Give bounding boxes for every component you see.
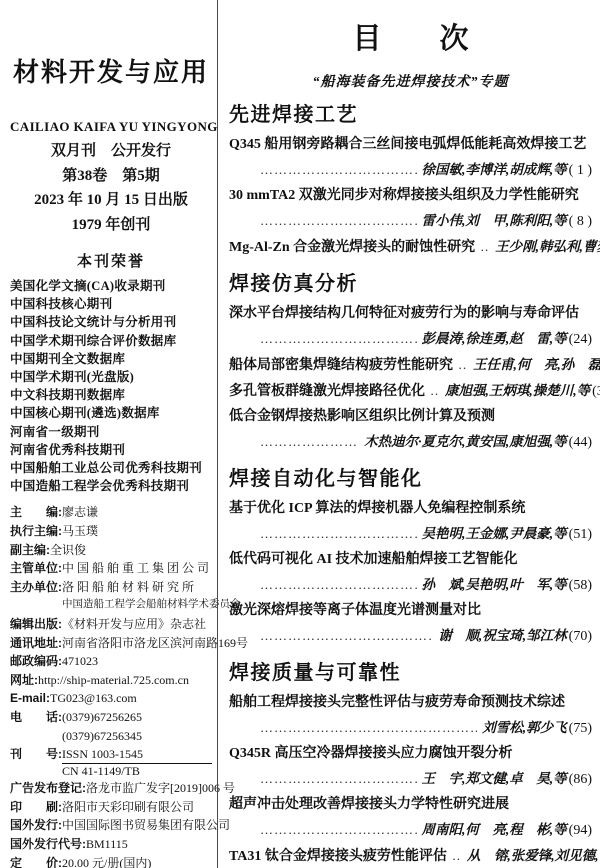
masthead-label: 电 话: (10, 708, 62, 727)
article-authors: 徐国敏,李博洋,胡成辉,等 (422, 157, 567, 182)
article-authors-line: 刘雪松,郭少飞(75) (229, 715, 592, 741)
article-authors-line: 孙 斌,吴艳明,叶 军,等(58) (229, 572, 592, 598)
masthead-row: E-mail:TG023@163.com (10, 689, 212, 708)
article-authors-line: 徐国敏,李博洋,胡成辉,等( 1 ) (229, 157, 592, 183)
article-title: Mg-Al-Zn 合金激光焊接头的耐蚀性研究 (229, 235, 475, 260)
toc-column: 目 次 “船海装备先进焊接技术”专题 先进焊接工艺Q345 船用钢旁路耦合三丝间… (218, 0, 600, 868)
toc-article: 低代码可视化 AI 技术加速船舶焊接工艺智能化孙 斌,吴艳明,叶 军,等(58) (229, 547, 592, 598)
article-authors: 吴艳明,王金娜,尹晨豪,等 (422, 521, 567, 546)
honor-item: 中国期刊全文数据库 (10, 350, 212, 368)
article-title: 基于优化 ICP 算法的焊接机器人免编程控制系统 (229, 496, 592, 521)
masthead-value: http://ship-material.725.com.cn (38, 671, 212, 690)
masthead-value: 马玉璞 (62, 522, 212, 541)
article-authors: 孙 斌,吴艳明,叶 军,等 (422, 572, 567, 597)
honor-item: 河南省一级期刊 (10, 423, 212, 441)
toc-article: Q345 船用钢旁路耦合三丝间接电弧焊低能耗高效焊接工艺徐国敏,李博洋,胡成辉,… (229, 132, 592, 183)
toc-article: 多孔管板群缝激光焊接路径优化康旭强,王炳琪,操楚川,等(37) (229, 378, 592, 404)
article-authors-line: 周南阳,何 亮,程 彬,等(94) (229, 817, 592, 843)
article-title: Q345 船用钢旁路耦合三丝间接电弧焊低能耗高效焊接工艺 (229, 132, 592, 157)
masthead-label: 主管单位: (10, 559, 62, 578)
honor-item: 中国科技核心期刊 (10, 295, 212, 313)
masthead-label: 执行主编: (10, 522, 62, 541)
article-title: 30 mmTA2 双激光同步对称焊接接头组织及力学性能研究 (229, 183, 592, 208)
masthead-value: 洛阳船舶材料研究所 (62, 578, 212, 597)
masthead-values: http://ship-material.725.com.cn (38, 671, 212, 690)
article-authors: 康旭强,王炳琪,操楚川,等 (445, 378, 590, 403)
masthead-row: 定 价:20.00 元/册(国内) (10, 854, 212, 868)
article-page-number: (86) (569, 767, 592, 792)
article-authors-line: 王 宇,郑文健,卓 昊,等(86) (229, 766, 592, 792)
masthead-value: (0379)67256265 (62, 708, 212, 727)
masthead-values: BM1115 (86, 835, 212, 854)
dot-leader (452, 843, 462, 868)
masthead-values: 洛阳市天彩印刷有限公司 (62, 798, 212, 817)
masthead-values: 洛龙市监广发字[2019]006 号 (86, 779, 212, 798)
masthead-value: 河南省洛阳市洛龙区滨河南路169号 (62, 634, 212, 653)
masthead-values: 中国国际图书贸易集团有限公司 (62, 816, 212, 835)
masthead-value: 中国造船工程学会船舶材料学术委员会 (62, 596, 212, 615)
masthead-value: 洛阳市天彩印刷有限公司 (62, 798, 212, 817)
masthead-value: CN 41-1149/TB (62, 764, 212, 780)
masthead-values: (0379)67256265(0379)67256345 (62, 708, 212, 745)
masthead-value: 《材料开发与应用》杂志社 (62, 615, 212, 634)
masthead-value: ISSN 1003-1545 (62, 747, 212, 764)
article-line: TA31 钛合金焊接接头疲劳性能评估从 镕,张爱锋,刘见德,等(99) (229, 843, 592, 868)
honor-item: 中国科技论文统计与分析用刊 (10, 313, 212, 331)
toc-subtitle: “船海装备先进焊接技术”专题 (229, 71, 592, 91)
masthead-label: E-mail: (10, 689, 50, 708)
honors-title: 本刊荣誉 (10, 250, 212, 271)
toc-article: 激光深熔焊接等离子体温度光谱测量对比谢 顺,祝宝琦,邹江林(70) (229, 598, 592, 649)
masthead-label: 国外发行: (10, 816, 62, 835)
masthead-row: 印 刷:洛阳市天彩印刷有限公司 (10, 798, 212, 817)
masthead-row: 执行主编:马玉璞 (10, 522, 212, 541)
honor-item: 中国学术期刊综合评价数据库 (10, 332, 212, 350)
article-authors: 从 镕,张爱锋,刘见德,等 (467, 843, 600, 868)
toc-article: Q345R 高压空冷器焊接接头应力腐蚀开裂分析王 宇,郑文健,卓 昊,等(86) (229, 741, 592, 792)
masthead-values: 20.00 元/册(国内) (62, 854, 212, 868)
article-page-number: (44) (569, 430, 592, 455)
article-authors: 刘雪松,郭少飞 (482, 715, 566, 740)
article-page-number: (94) (569, 818, 592, 843)
article-authors-line: 木热迪尔·夏克尔,黄安国,康旭强,等(44) (229, 429, 592, 455)
toc-article: 船舶工程焊接接头完整性评估与疲劳寿命预测技术综述刘雪松,郭少飞(75) (229, 690, 592, 741)
toc-section-heading: 焊接质量与可靠性 (229, 656, 592, 685)
journal-info-column: 材料开发与应用 CAILIAO KAIFA YU YINGYONG 双月刊 公开… (0, 0, 217, 868)
honor-item: 河南省优秀科技期刊 (10, 441, 212, 459)
toc-article: 基于优化 ICP 算法的焊接机器人免编程控制系统吴艳明,王金娜,尹晨豪,等(51… (229, 496, 592, 547)
toc-article: TA31 钛合金焊接接头疲劳性能评估从 镕,张爱锋,刘见德,等(99) (229, 843, 592, 868)
journal-cover-page: 材料开发与应用 CAILIAO KAIFA YU YINGYONG 双月刊 公开… (0, 0, 600, 868)
publication-line: 2023 年 10 月 15 日出版 (10, 188, 212, 213)
masthead-label: 刊 号: (10, 745, 62, 764)
article-page-number: (75) (569, 716, 592, 741)
article-title: 船体局部密集焊缝结构疲劳性能研究 (229, 353, 453, 378)
article-authors: 王任甫,何 亮,孙 磊 (473, 352, 600, 377)
article-page-number: (51) (569, 522, 592, 547)
article-title: 多孔管板群缝激光焊接路径优化 (229, 379, 425, 404)
toc-article: Mg-Al-Zn 合金激光焊接头的耐蚀性研究王少刚,韩弘利,曹梦艺(15) (229, 234, 592, 260)
masthead-value: 全识俊 (50, 541, 212, 560)
honor-item: 中文科技期刊数据库 (10, 386, 212, 404)
toc-section: 焊接自动化与智能化基于优化 ICP 算法的焊接机器人免编程控制系统吴艳明,王金娜… (229, 462, 592, 649)
masthead-row: 电 话:(0379)67256265(0379)67256345 (10, 708, 212, 745)
masthead-values: ISSN 1003-1545CN 41-1149/TB (62, 745, 212, 779)
masthead-row: 编辑出版:《材料开发与应用》杂志社 (10, 615, 212, 634)
masthead-info: 主 编:廖志谦执行主编:马玉璞副主编:全识俊主管单位:中国船舶重工集团公司主办单… (10, 503, 212, 868)
toc-article: 超声冲击处理改善焊接接头力学特性研究进展周南阳,何 亮,程 彬,等(94) (229, 792, 592, 843)
article-title: 深水平台焊接结构几何特征对疲劳行为的影响与寿命评估 (229, 301, 592, 326)
masthead-values: 马玉璞 (62, 522, 212, 541)
dot-leader (458, 352, 468, 377)
toc-section: 焊接仿真分析深水平台焊接结构几何特征对疲劳行为的影响与寿命评估彭晨涛,徐连勇,赵… (229, 267, 592, 455)
masthead-value: (0379)67256345 (62, 727, 212, 746)
honor-item: 中国核心期刊(遴选)数据库 (10, 404, 212, 422)
masthead-label: 主 编: (10, 503, 62, 522)
dot-leader (260, 208, 417, 233)
dot-leader (260, 326, 417, 351)
article-authors-line: 彭晨涛,徐连勇,赵 雷,等(24) (229, 326, 592, 352)
masthead-label: 国外发行代号: (10, 835, 86, 854)
dot-leader (260, 766, 417, 791)
masthead-label: 邮政编码: (10, 652, 62, 671)
publication-lines: 双月刊 公开发行第38卷 第5期2023 年 10 月 15 日出版1979 年… (10, 139, 212, 237)
honor-item: 中国学术期刊(光盘版) (10, 368, 212, 386)
masthead-value: 中国国际图书贸易集团有限公司 (62, 816, 212, 835)
article-page-number: (37) (592, 379, 600, 404)
toc-article: 深水平台焊接结构几何特征对疲劳行为的影响与寿命评估彭晨涛,徐连勇,赵 雷,等(2… (229, 301, 592, 352)
publication-line: 双月刊 公开发行 (10, 139, 212, 164)
toc-section-heading: 焊接自动化与智能化 (229, 462, 592, 491)
dot-leader (260, 157, 417, 182)
toc-section: 先进焊接工艺Q345 船用钢旁路耦合三丝间接电弧焊低能耗高效焊接工艺徐国敏,李博… (229, 98, 592, 260)
dot-leader (260, 572, 417, 597)
masthead-row: 主 编:廖志谦 (10, 503, 212, 522)
dot-leader (260, 623, 433, 648)
masthead-values: 河南省洛阳市洛龙区滨河南路169号 (62, 634, 212, 653)
article-title: 低代码可视化 AI 技术加速船舶焊接工艺智能化 (229, 547, 592, 572)
article-authors: 谢 顺,祝宝琦,邹江林 (438, 623, 566, 648)
masthead-values: 全识俊 (50, 541, 212, 560)
article-line: Mg-Al-Zn 合金激光焊接头的耐蚀性研究王少刚,韩弘利,曹梦艺(15) (229, 234, 592, 260)
masthead-label: 副主编: (10, 541, 50, 560)
masthead-values: TG023@163.com (50, 689, 212, 708)
masthead-values: 廖志谦 (62, 503, 212, 522)
masthead-value: 20.00 元/册(国内) (62, 854, 212, 868)
article-authors-line: 谢 顺,祝宝琦,邹江林(70) (229, 623, 592, 649)
article-title: TA31 钛合金焊接接头疲劳性能评估 (229, 844, 447, 868)
dot-leader (260, 715, 477, 740)
article-title: Q345R 高压空冷器焊接接头应力腐蚀开裂分析 (229, 741, 592, 766)
toc-section-heading: 先进焊接工艺 (229, 98, 592, 127)
masthead-value: 中国船舶重工集团公司 (62, 559, 212, 578)
masthead-value: 洛龙市监广发字[2019]006 号 (86, 779, 212, 798)
masthead-row: 国外发行:中国国际图书贸易集团有限公司 (10, 816, 212, 835)
toc-section-heading: 焊接仿真分析 (229, 267, 592, 296)
masthead-row: 副主编:全识俊 (10, 541, 212, 560)
article-page-number: ( 8 ) (569, 209, 592, 234)
dot-leader (260, 429, 359, 454)
dot-leader (260, 817, 417, 842)
masthead-row: 刊 号:ISSN 1003-1545CN 41-1149/TB (10, 745, 212, 779)
honors-list: 美国化学文摘(CA)收录期刊中国科技核心期刊中国科技论文统计与分析用刊中国学术期… (10, 277, 212, 495)
article-title: 船舶工程焊接接头完整性评估与疲劳寿命预测技术综述 (229, 690, 592, 715)
article-page-number: (58) (569, 573, 592, 598)
masthead-values: 中国船舶重工集团公司 (62, 559, 212, 578)
masthead-label: 印 刷: (10, 798, 62, 817)
masthead-row: 广告发布登记:洛龙市监广发字[2019]006 号 (10, 779, 212, 798)
article-page-number: (70) (569, 624, 592, 649)
masthead-values: 《材料开发与应用》杂志社 (62, 615, 212, 634)
masthead-row: 通讯地址:河南省洛阳市洛龙区滨河南路169号 (10, 634, 212, 653)
masthead-row: 网址:http://ship-material.725.com.cn (10, 671, 212, 690)
masthead-row: 邮政编码:471023 (10, 652, 212, 671)
toc-title: 目 次 (229, 16, 592, 57)
article-authors: 王 宇,郑文健,卓 昊,等 (422, 766, 567, 791)
masthead-label: 广告发布登记: (10, 779, 86, 798)
publication-line: 1979 年创刊 (10, 213, 212, 238)
masthead-value: BM1115 (86, 835, 212, 854)
article-authors: 周南阳,何 亮,程 彬,等 (422, 817, 567, 842)
dot-leader (430, 378, 440, 403)
masthead-label: 定 价: (10, 854, 62, 868)
article-title: 超声冲击处理改善焊接接头力学特性研究进展 (229, 792, 592, 817)
article-line: 多孔管板群缝激光焊接路径优化康旭强,王炳琪,操楚川,等(37) (229, 378, 592, 404)
dot-leader (480, 234, 490, 259)
article-authors-line: 雷小伟,刘 甲,陈利阳,等( 8 ) (229, 208, 592, 234)
masthead-value: TG023@163.com (50, 689, 212, 708)
article-title: 低合金钢焊接热影响区组织比例计算及预测 (229, 404, 592, 429)
masthead-label: 主办单位: (10, 578, 62, 597)
journal-title: 材料开发与应用 (10, 52, 212, 89)
article-authors: 王少刚,韩弘利,曹梦艺 (495, 234, 600, 259)
dot-leader (260, 521, 417, 546)
article-authors: 雷小伟,刘 甲,陈利阳,等 (422, 208, 567, 233)
toc-article: 低合金钢焊接热影响区组织比例计算及预测木热迪尔·夏克尔,黄安国,康旭强,等(44… (229, 404, 592, 455)
article-page-number: (24) (569, 327, 592, 352)
masthead-label: 编辑出版: (10, 615, 62, 634)
journal-pinyin: CAILIAO KAIFA YU YINGYONG (10, 119, 212, 135)
toc-article: 30 mmTA2 双激光同步对称焊接接头组织及力学性能研究雷小伟,刘 甲,陈利阳… (229, 183, 592, 234)
honor-item: 中国船舶工业总公司优秀科技期刊 (10, 459, 212, 477)
masthead-value: 廖志谦 (62, 503, 212, 522)
masthead-label: 网址: (10, 671, 38, 690)
publication-line: 第38卷 第5期 (10, 164, 212, 189)
article-page-number: ( 1 ) (569, 158, 592, 183)
toc-article: 船体局部密集焊缝结构疲劳性能研究王任甫,何 亮,孙 磊(31) (229, 352, 592, 378)
masthead-values: 471023 (62, 652, 212, 671)
masthead-label: 通讯地址: (10, 634, 62, 653)
article-authors-line: 吴艳明,王金娜,尹晨豪,等(51) (229, 521, 592, 547)
masthead-row: 主办单位:洛阳船舶材料研究所中国造船工程学会船舶材料学术委员会 (10, 578, 212, 615)
article-authors: 彭晨涛,徐连勇,赵 雷,等 (422, 326, 567, 351)
masthead-row: 主管单位:中国船舶重工集团公司 (10, 559, 212, 578)
article-line: 船体局部密集焊缝结构疲劳性能研究王任甫,何 亮,孙 磊(31) (229, 352, 592, 378)
toc-section: 焊接质量与可靠性船舶工程焊接接头完整性评估与疲劳寿命预测技术综述刘雪松,郭少飞(… (229, 656, 592, 868)
masthead-value: 471023 (62, 652, 212, 671)
masthead-row: 国外发行代号:BM1115 (10, 835, 212, 854)
article-title: 激光深熔焊接等离子体温度光谱测量对比 (229, 598, 592, 623)
honor-item: 中国造船工程学会优秀科技期刊 (10, 477, 212, 495)
toc-sections: 先进焊接工艺Q345 船用钢旁路耦合三丝间接电弧焊低能耗高效焊接工艺徐国敏,李博… (229, 98, 592, 868)
honor-item: 美国化学文摘(CA)收录期刊 (10, 277, 212, 295)
article-authors: 木热迪尔·夏克尔,黄安国,康旭强,等 (364, 429, 567, 454)
masthead-values: 洛阳船舶材料研究所中国造船工程学会船舶材料学术委员会 (62, 578, 212, 615)
